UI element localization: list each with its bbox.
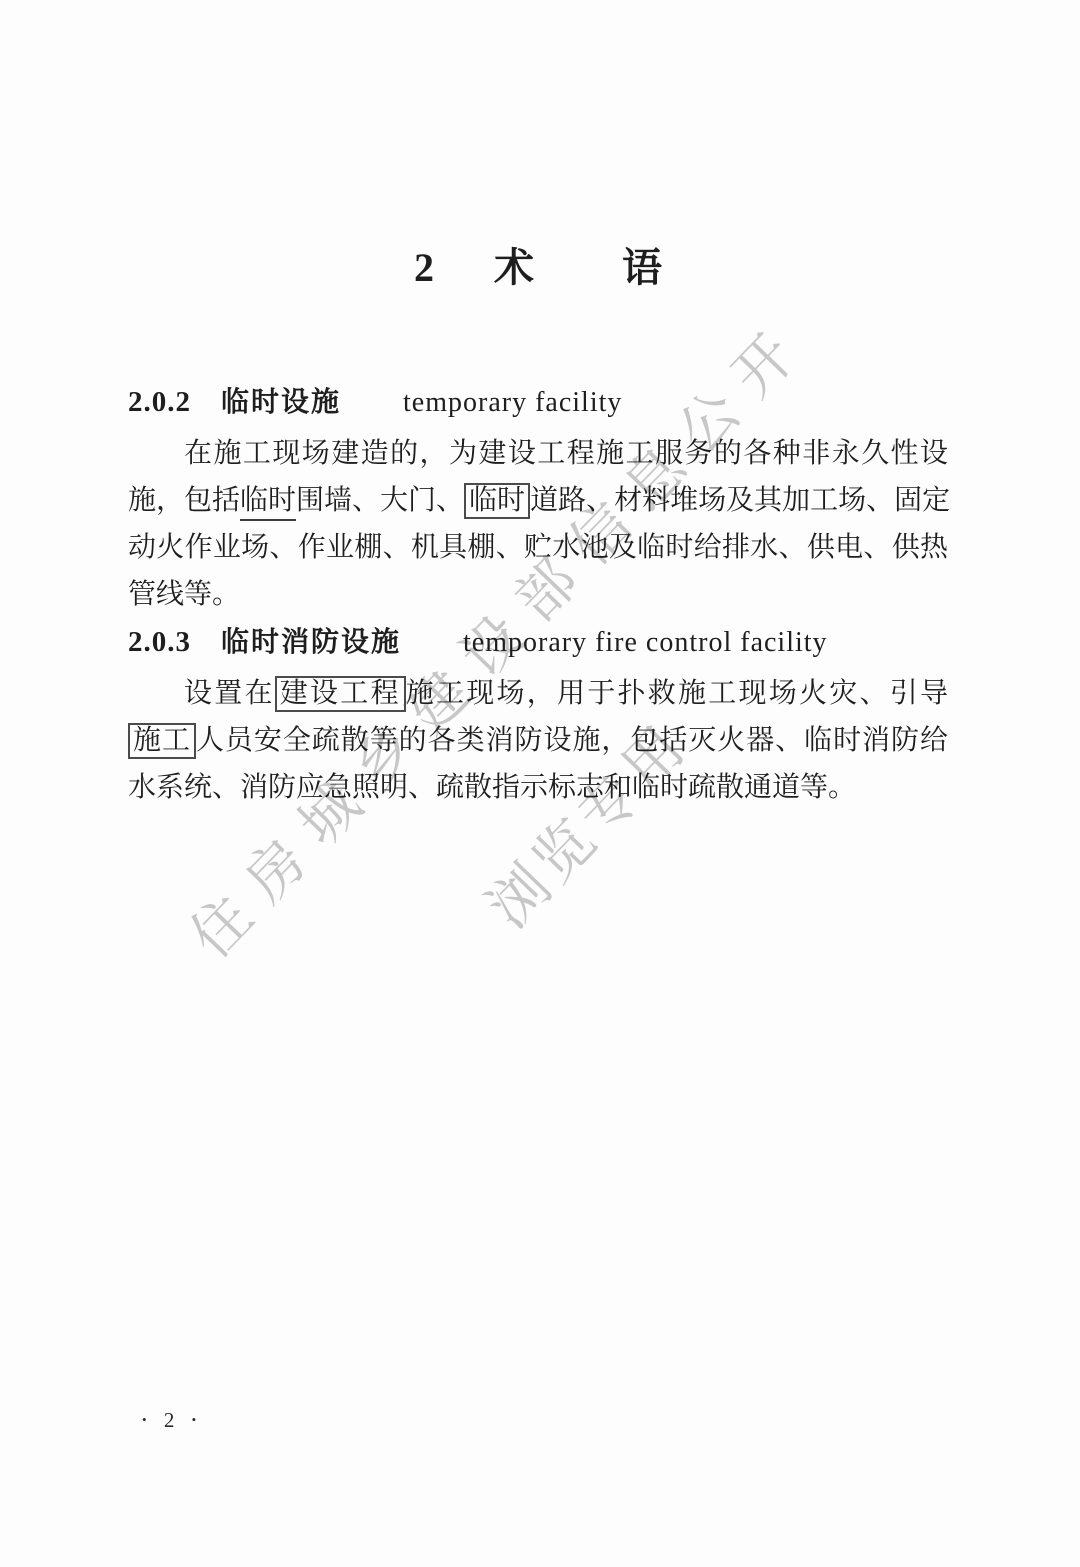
- boxed-term: 建设工程: [275, 676, 406, 712]
- page-number-dot: •: [192, 1412, 197, 1427]
- boxed-term: 临时: [464, 483, 530, 519]
- chapter-title: 2 术 语: [128, 246, 948, 290]
- section-term-en: temporary fire control facility: [463, 627, 828, 658]
- text-segment: 道路、材料堆场及其加工场、固定: [530, 485, 950, 516]
- chapter-title-char: 术: [494, 245, 534, 290]
- term-section: 2.0.3 临时消防设施 temporary fire control faci…: [128, 618, 948, 811]
- page-number-dot: •: [142, 1412, 147, 1427]
- section-number: 2.0.3: [128, 626, 191, 658]
- section-heading: 2.0.3 临时消防设施 temporary fire control faci…: [128, 618, 948, 670]
- page-number: • 2 •: [142, 1408, 196, 1433]
- section-term-cn: 临时消防设施: [221, 626, 401, 657]
- body-line: 施，包括临时围墙、大门、临时道路、材料堆场及其加工场、固定: [128, 477, 948, 524]
- text-segment: 人员安全疏散等的各类消防设施，包括灭火器、临时消防给: [196, 725, 948, 756]
- text-segment: 动火作业场、作业棚、机具棚、贮水池及临时给排水、供电、供热: [128, 532, 948, 563]
- section-heading: 2.0.2 临时设施 temporary facility: [128, 378, 948, 430]
- sections: 2.0.2 临时设施 temporary facility 在施工现场建造的，为…: [128, 378, 948, 811]
- underlined-term: 临时: [240, 485, 296, 521]
- boxed-term: 施工: [128, 723, 196, 759]
- page-number-value: 2: [164, 1408, 175, 1432]
- text-segment: 围墙、大门、: [296, 485, 464, 516]
- body-line: 在施工现场建造的，为建设工程施工服务的各种非永久性设: [128, 430, 948, 477]
- text-segment: 水系统、消防应急照明、疏散指示标志和临时疏散通道等。: [128, 772, 856, 803]
- text-segment: 施，包括: [128, 485, 240, 516]
- text-segment: 施工现场，用于扑救施工现场火灾、引导: [406, 678, 948, 709]
- body-line: 管线等。: [128, 571, 948, 618]
- section-term-cn: 临时设施: [221, 386, 341, 417]
- section-term-en: temporary facility: [403, 387, 622, 418]
- body-line: 动火作业场、作业棚、机具棚、贮水池及临时给排水、供电、供热: [128, 524, 948, 571]
- text-segment: 管线等。: [128, 579, 240, 610]
- section-body: 设置在建设工程施工现场，用于扑救施工现场火灾、引导施工人员安全疏散等的各类消防设…: [128, 670, 948, 811]
- text-segment: 在施工现场建造的，为建设工程施工服务的各种非永久性设: [184, 438, 948, 469]
- page-content: 2 术 语 2.0.2 临时设施 temporary facility 在施工现…: [0, 0, 1080, 811]
- term-section: 2.0.2 临时设施 temporary facility 在施工现场建造的，为…: [128, 378, 948, 618]
- text-segment: 设置在: [184, 678, 275, 709]
- body-line: 施工人员安全疏散等的各类消防设施，包括灭火器、临时消防给: [128, 717, 948, 764]
- section-number: 2.0.2: [128, 386, 191, 418]
- chapter-title-char: 语: [622, 245, 662, 290]
- body-line: 设置在建设工程施工现场，用于扑救施工现场火灾、引导: [128, 670, 948, 717]
- body-line: 水系统、消防应急照明、疏散指示标志和临时疏散通道等。: [128, 764, 948, 811]
- document-page: 住房城乡建设部信息公开 浏览专用 2 术 语 2.0.2 临时设施 tempor…: [0, 0, 1080, 1567]
- chapter-number: 2: [414, 245, 434, 290]
- section-body: 在施工现场建造的，为建设工程施工服务的各种非永久性设施，包括临时围墙、大门、临时…: [128, 430, 948, 618]
